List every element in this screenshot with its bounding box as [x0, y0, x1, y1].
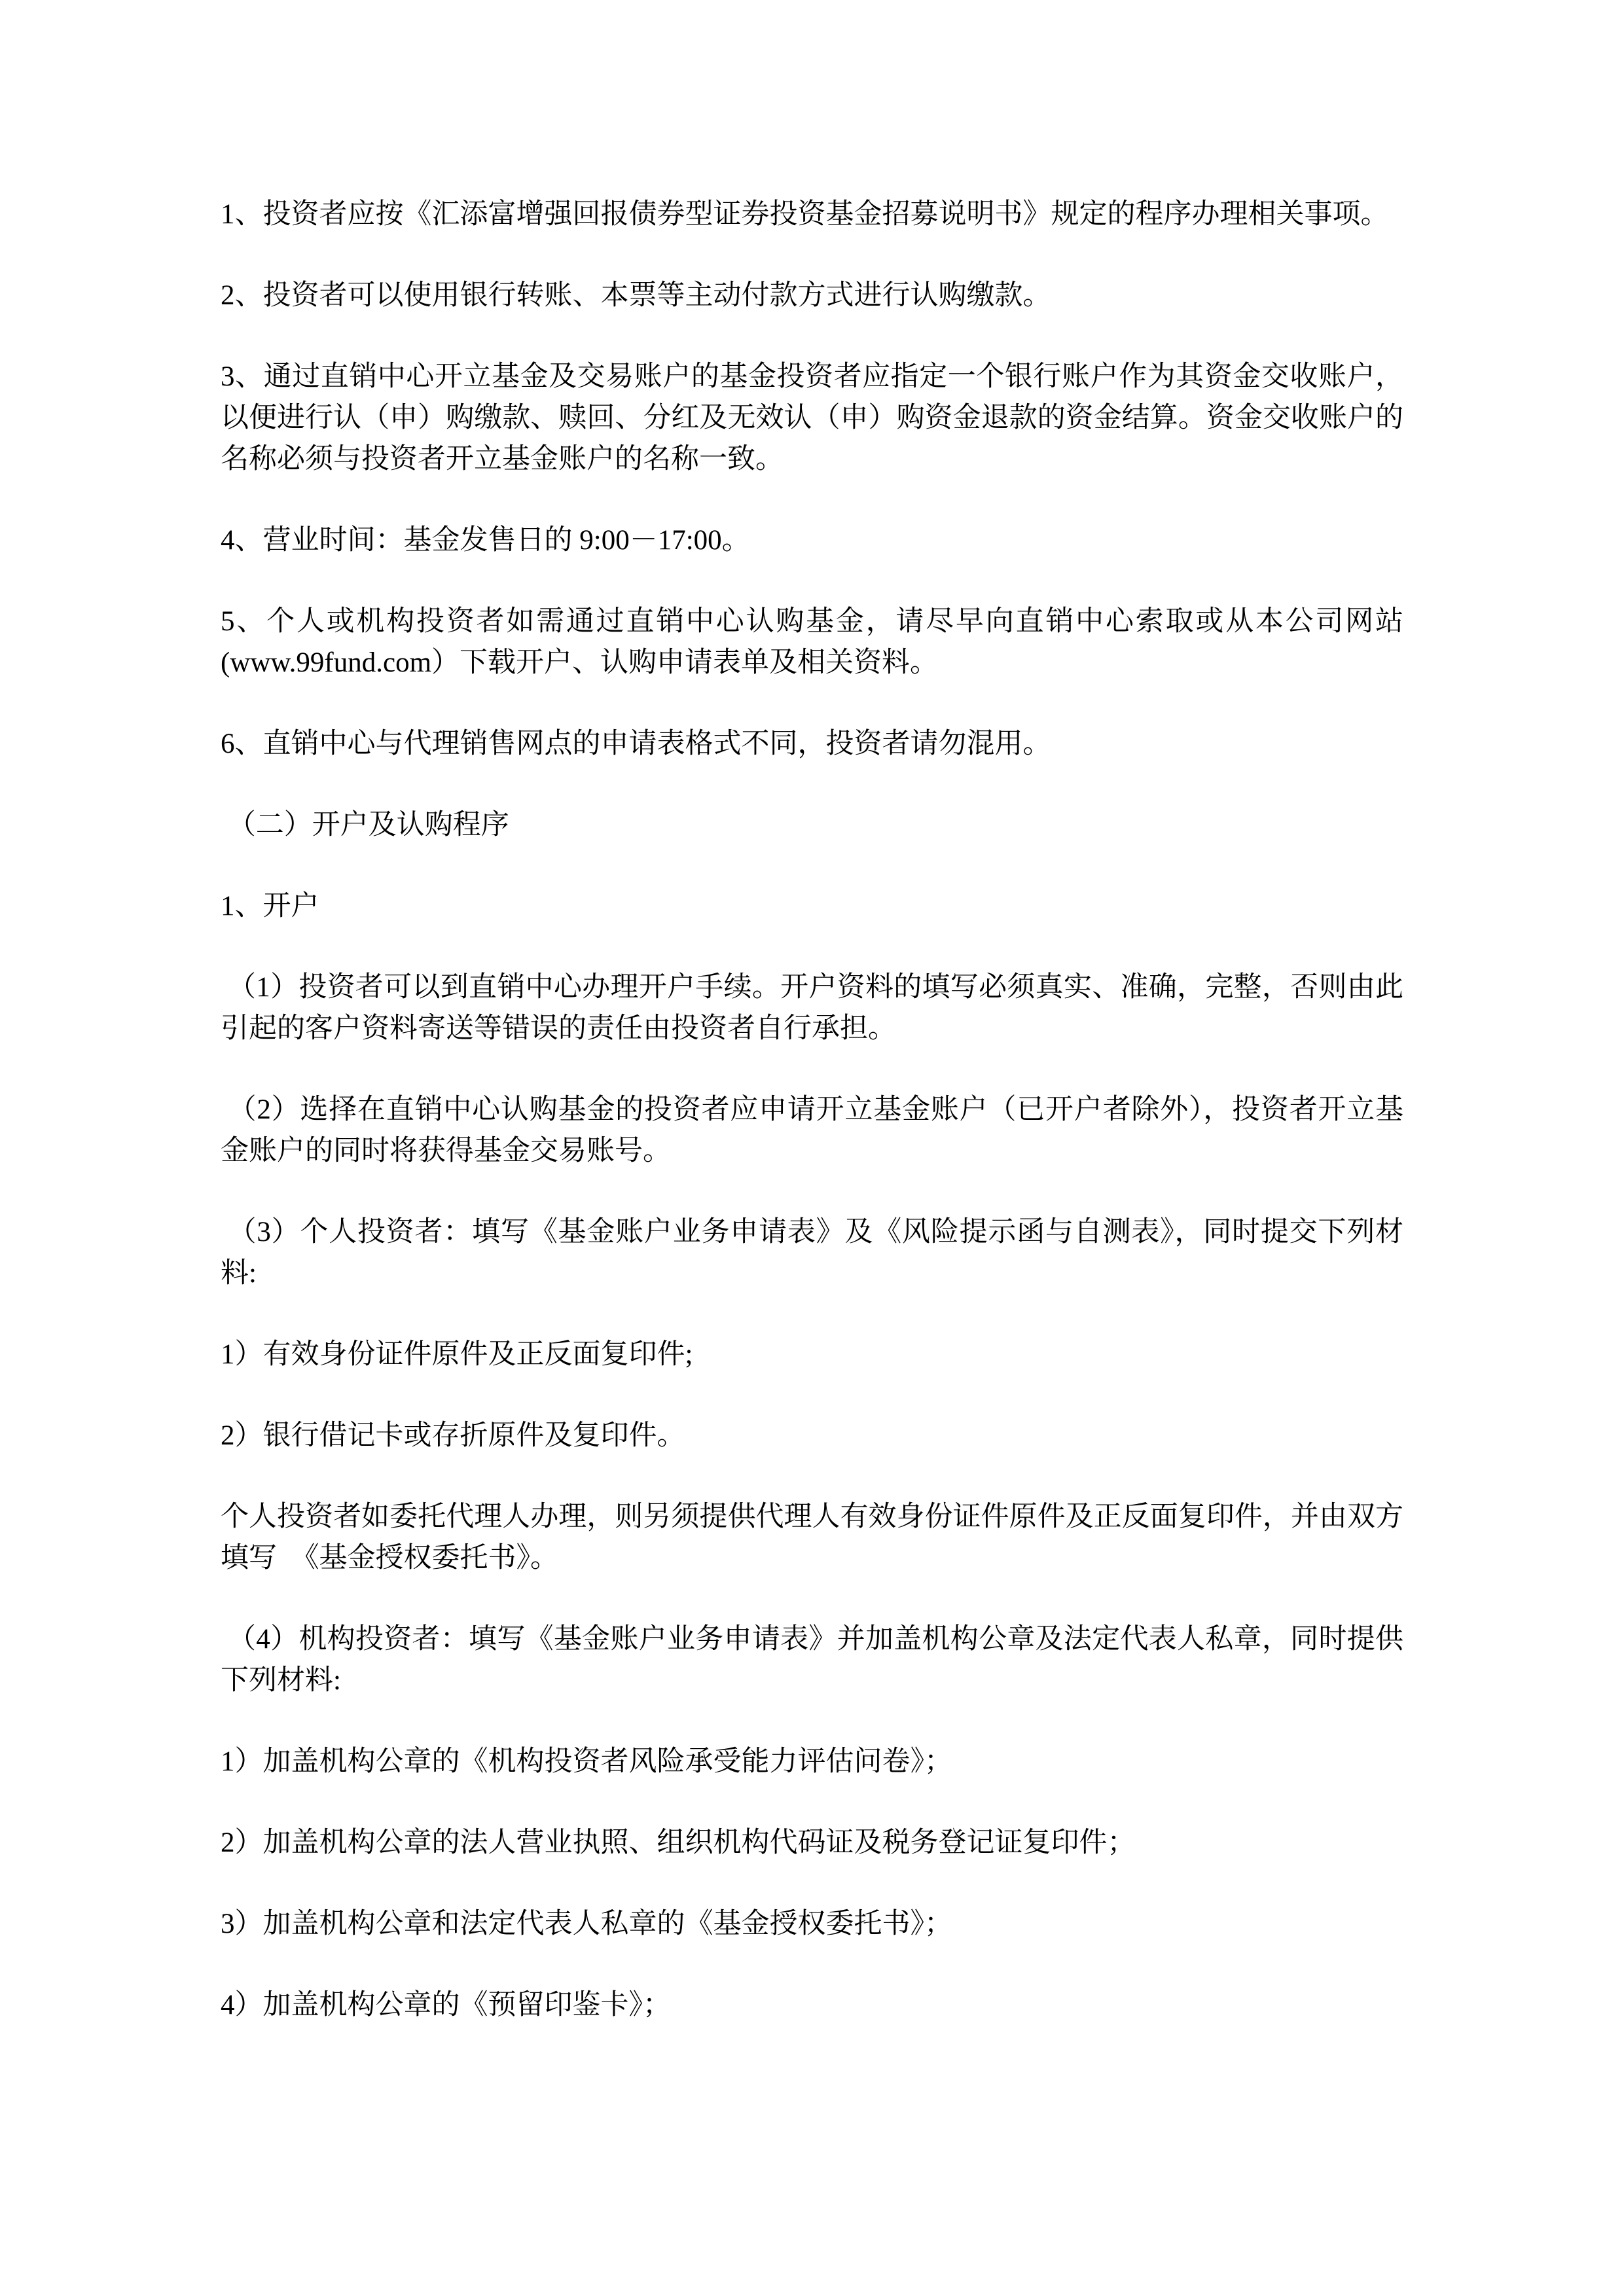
- individual-material-2: 2）银行借记卡或存折原件及复印件。: [221, 1415, 1403, 1456]
- clause-5-website: 5、个人或机构投资者如需通过直销中心认购基金，请尽早向直销中心索取或从本公司网站…: [221, 601, 1403, 683]
- institution-material-2: 2）加盖机构公章的法人营业执照、组织机构代码证及税务登记证复印件；: [221, 1822, 1403, 1863]
- institution-material-1: 1）加盖机构公章的《机构投资者风险承受能力评估问卷》；: [221, 1741, 1403, 1782]
- institution-material-4: 4）加盖机构公章的《预留印鉴卡》；: [221, 1984, 1403, 2026]
- step-4-institutional: （4）机构投资者：填写《基金账户业务申请表》并加盖机构公章及法定代表人私章，同时…: [221, 1619, 1403, 1701]
- step-2: （2）选择在直销中心认购基金的投资者应申请开立基金账户（已开户者除外），投资者开…: [221, 1089, 1403, 1172]
- clause-4-business-hours: 4、营业时间：基金发售日的 9:00－17:00。: [221, 520, 1403, 561]
- document-page: 1、投资者应按《汇添富增强回报债券型证券投资基金招募说明书》规定的程序办理相关事…: [0, 0, 1624, 2296]
- clause-6: 6、直销中心与代理销售网点的申请表格式不同，投资者请勿混用。: [221, 723, 1403, 764]
- step-3-individual: （3）个人投资者：填写《基金账户业务申请表》及《风险提示函与自测表》，同时提交下…: [221, 1211, 1403, 1294]
- clause-2: 2、投资者可以使用银行转账、本票等主动付款方式进行认购缴款。: [221, 275, 1403, 316]
- step-1: （1）投资者可以到直销中心办理开户手续。开户资料的填写必须真实、准确，完整，否则…: [221, 967, 1403, 1049]
- subsection-1-open-account: 1、开户: [221, 886, 1403, 927]
- clause-1: 1、投资者应按《汇添富增强回报债券型证券投资基金招募说明书》规定的程序办理相关事…: [221, 194, 1403, 235]
- agent-note: 个人投资者如委托代理人办理，则另须提供代理人有效身份证件原件及正反面复印件，并由…: [221, 1496, 1403, 1579]
- individual-material-1: 1）有效身份证件原件及正反面复印件;: [221, 1334, 1403, 1375]
- institution-material-3: 3）加盖机构公章和法定代表人私章的《基金授权委托书》；: [221, 1903, 1403, 1945]
- section-2-heading: （二）开户及认购程序: [221, 804, 1403, 846]
- clause-3: 3、通过直销中心开立基金及交易账户的基金投资者应指定一个银行账户作为其资金交收账…: [221, 356, 1403, 480]
